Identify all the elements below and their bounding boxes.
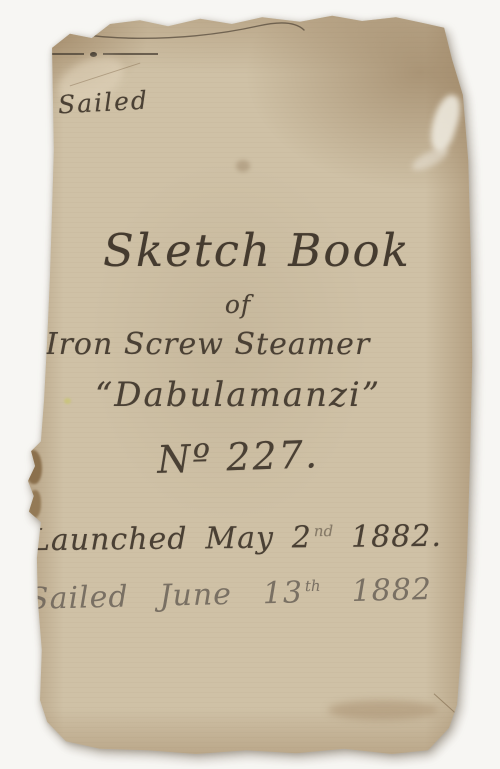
launched-day: 2nd [292, 523, 334, 553]
left-edge-tear [28, 490, 41, 518]
white-scuff-mark [409, 143, 451, 174]
title-of: of [88, 292, 388, 317]
sailed-day-suffix: th [305, 577, 321, 595]
divider-line [103, 53, 159, 55]
corner-annotation: Sailed [57, 88, 149, 118]
small-stain-spot [236, 160, 250, 172]
title-flourish [28, 12, 308, 46]
divider-line [28, 53, 84, 55]
photo-background: Sailed Sketch Book of Iron Screw Steamer… [0, 0, 500, 769]
yard-number: Nº 227. [115, 434, 360, 480]
ship-name: “Dabulamanzi” [76, 378, 400, 412]
launched-day-suffix: nd [314, 522, 333, 540]
left-edge-tear [26, 450, 42, 484]
launched-label: Launched [30, 525, 188, 557]
divider-dot [90, 52, 97, 57]
launched-line: Launched May 2nd 1882. [30, 522, 442, 556]
sailed-label: Sailed [28, 582, 129, 614]
sailed-month: June [159, 580, 232, 612]
bottom-edge-stain [328, 700, 438, 720]
bottom-right-crease [434, 693, 481, 735]
sailed-line: Sailed June 13th 1882 [28, 575, 433, 615]
divider-ornament [28, 50, 158, 58]
notebook-cover: Sailed Sketch Book of Iron Screw Steamer… [0, 0, 500, 769]
sailed-day: 13th [262, 578, 321, 609]
white-scratch-mark [425, 92, 466, 155]
launched-month: May [205, 524, 274, 555]
sailed-year: 1882 [351, 575, 432, 607]
launched-year: 1882. [351, 522, 442, 553]
page-title: Sketch Book [103, 228, 403, 273]
paper-sheet: Sailed Sketch Book of Iron Screw Steamer… [28, 12, 474, 760]
yellow-fleck [64, 398, 71, 404]
top-left-crease [70, 63, 141, 87]
subtitle-vessel-type: Iron Screw Steamer [36, 330, 380, 360]
